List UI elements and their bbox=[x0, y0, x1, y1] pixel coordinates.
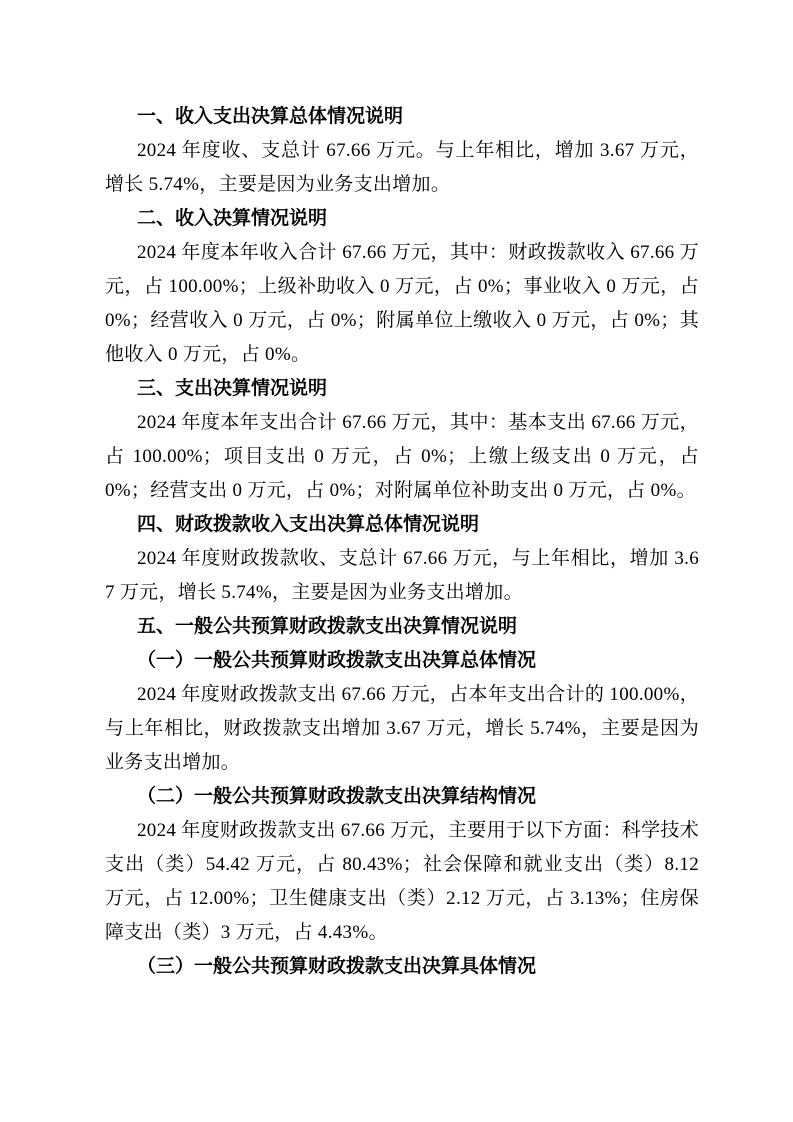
paragraph: 2024 年度收、支总计 67.66 万元。与上年相比，增加 3.67 万元，增… bbox=[105, 134, 699, 202]
paragraph: 2024 年度财政拨款支出 67.66 万元，占本年支出合计的 100.00%，… bbox=[105, 678, 699, 780]
document-page: 一、收入支出决算总体情况说明2024 年度收、支总计 67.66 万元。与上年相… bbox=[0, 0, 793, 1122]
section-heading: 四、财政拨款收入支出决算总体情况说明 bbox=[105, 508, 699, 542]
sub-section-heading: （三）一般公共预算财政拨款支出决算具体情况 bbox=[105, 950, 699, 984]
section-heading: 一、收入支出决算总体情况说明 bbox=[105, 100, 699, 134]
paragraph: 2024 年度本年支出合计 67.66 万元，其中：基本支出 67.66 万元，… bbox=[105, 406, 699, 508]
paragraph: 2024 年度本年收入合计 67.66 万元，其中：财政拨款收入 67.66 万… bbox=[105, 236, 699, 372]
paragraph: 2024 年度财政拨款收、支总计 67.66 万元，与上年相比，增加 3.67 … bbox=[105, 542, 699, 610]
document-body: 一、收入支出决算总体情况说明2024 年度收、支总计 67.66 万元。与上年相… bbox=[105, 100, 699, 984]
section-heading: 五、一般公共预算财政拨款支出决算情况说明 bbox=[105, 610, 699, 644]
sub-section-heading: （一）一般公共预算财政拨款支出决算总体情况 bbox=[105, 644, 699, 678]
sub-section-heading: （二）一般公共预算财政拨款支出决算结构情况 bbox=[105, 780, 699, 814]
paragraph: 2024 年度财政拨款支出 67.66 万元，主要用于以下方面：科学技术支出（类… bbox=[105, 814, 699, 950]
section-heading: 二、收入决算情况说明 bbox=[105, 202, 699, 236]
section-heading: 三、支出决算情况说明 bbox=[105, 372, 699, 406]
